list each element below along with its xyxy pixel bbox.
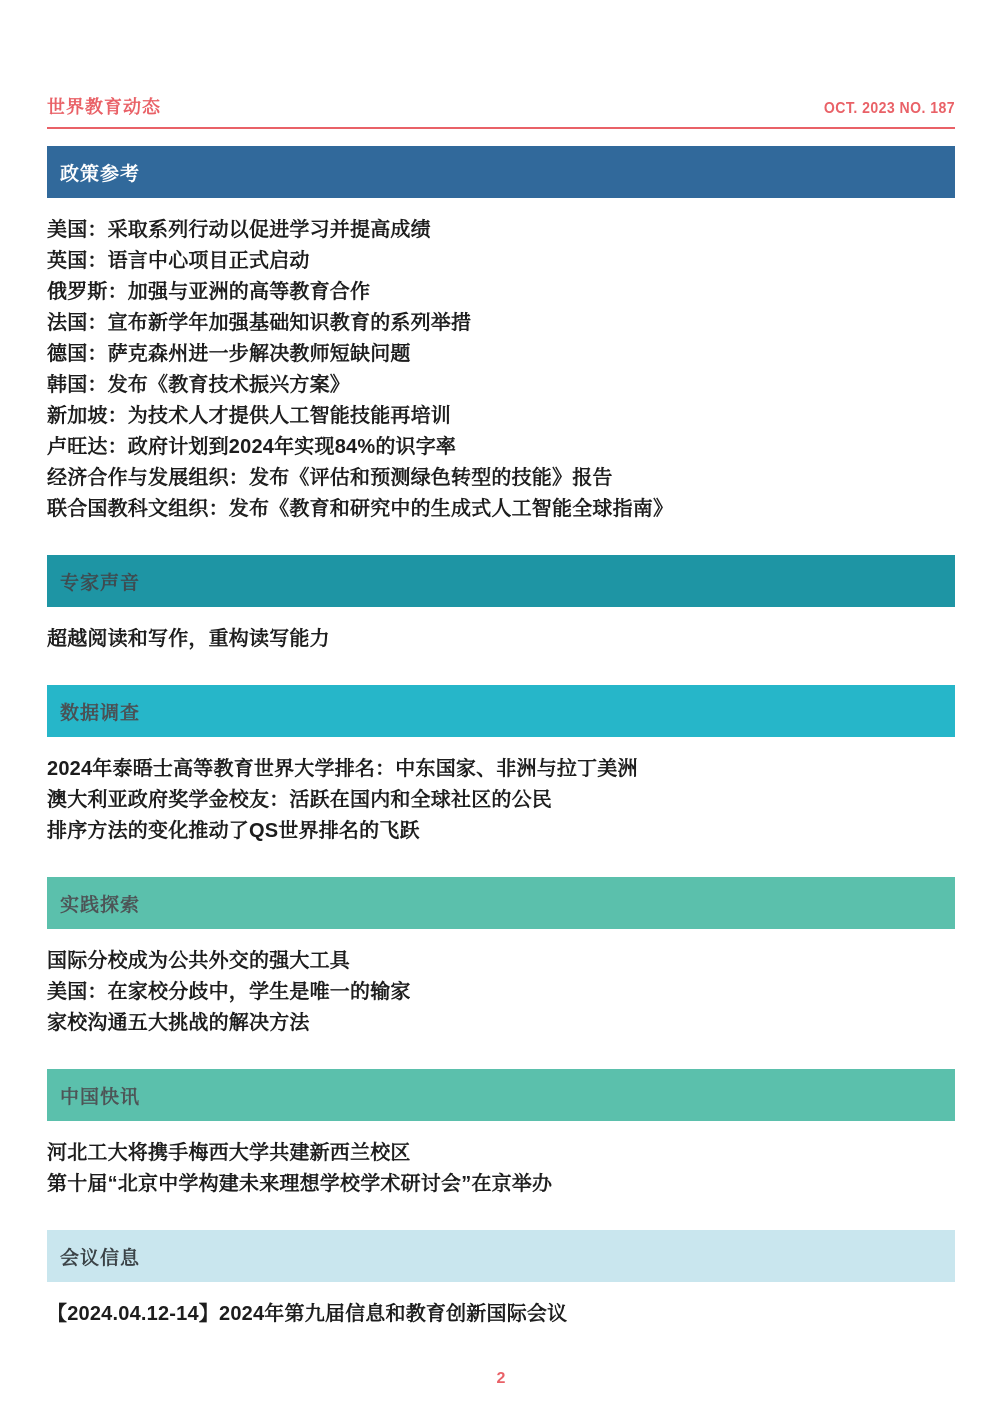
- toc-item: 法国：宣布新学年加强基础知识教育的系列举措: [47, 308, 955, 339]
- toc-item: 卢旺达：政府计划到2024年实现84%的识字率: [47, 432, 955, 463]
- toc-item: 美国：采取系列行动以促进学习并提高成绩: [47, 215, 955, 246]
- toc-item: 2024年泰晤士高等教育世界大学排名：中东国家、非洲与拉丁美洲: [47, 754, 955, 785]
- toc-item: 德国：萨克森州进一步解决教师短缺问题: [47, 339, 955, 370]
- section-banner: 实践探索: [47, 877, 955, 929]
- toc-item: 联合国教科文组织：发布《教育和研究中的生成式人工智能全球指南》: [47, 494, 955, 525]
- toc-item: 经济合作与发展组织：发布《评估和预测绿色转型的技能》报告: [47, 463, 955, 494]
- toc-section: 政策参考 美国：采取系列行动以促进学习并提高成绩英国：语言中心项目正式启动俄罗斯…: [47, 146, 955, 525]
- section-banner: 专家声音: [47, 555, 955, 607]
- section-title: 实践探索: [60, 890, 140, 917]
- toc-item: 俄罗斯：加强与亚洲的高等教育合作: [47, 277, 955, 308]
- header-divider: [47, 127, 955, 129]
- toc-section: 会议信息 【2024.04.12-14】2024年第九届信息和教育创新国际会议: [47, 1230, 955, 1330]
- section-banner: 数据调查: [47, 685, 955, 737]
- section-items: 美国：采取系列行动以促进学习并提高成绩英国：语言中心项目正式启动俄罗斯：加强与亚…: [47, 215, 955, 525]
- toc-item: 新加坡：为技术人才提供人工智能技能再培训: [47, 401, 955, 432]
- section-title: 数据调查: [60, 698, 140, 725]
- section-items: 【2024.04.12-14】2024年第九届信息和教育创新国际会议: [47, 1299, 955, 1330]
- page-header: 世界教育动态 OCT. 2023 NO. 187: [47, 93, 955, 115]
- section-banner: 中国快讯: [47, 1069, 955, 1121]
- toc-item: 【2024.04.12-14】2024年第九届信息和教育创新国际会议: [47, 1299, 955, 1330]
- toc-item: 第十届“北京中学构建未来理想学校学术研讨会”在京举办: [47, 1169, 955, 1200]
- section-items: 2024年泰晤士高等教育世界大学排名：中东国家、非洲与拉丁美洲澳大利亚政府奖学金…: [47, 754, 955, 847]
- toc-item: 英国：语言中心项目正式启动: [47, 246, 955, 277]
- toc-item: 排序方法的变化推动了QS世界排名的飞跃: [47, 816, 955, 847]
- toc-sections: 政策参考 美国：采取系列行动以促进学习并提高成绩英国：语言中心项目正式启动俄罗斯…: [47, 146, 955, 1330]
- toc-item: 国际分校成为公共外交的强大工具: [47, 946, 955, 977]
- page-footer: 2: [47, 1370, 955, 1388]
- section-items: 超越阅读和写作，重构读写能力: [47, 624, 955, 655]
- section-items: 国际分校成为公共外交的强大工具美国：在家校分歧中，学生是唯一的输家家校沟通五大挑…: [47, 946, 955, 1039]
- issue-label: OCT. 2023 NO. 187: [824, 100, 955, 118]
- page: 世界教育动态 OCT. 2023 NO. 187 政策参考 美国：采取系列行动以…: [0, 0, 1002, 1418]
- toc-item: 超越阅读和写作，重构读写能力: [47, 624, 955, 655]
- toc-item: 澳大利亚政府奖学金校友：活跃在国内和全球社区的公民: [47, 785, 955, 816]
- toc-section: 实践探索 国际分校成为公共外交的强大工具美国：在家校分歧中，学生是唯一的输家家校…: [47, 877, 955, 1039]
- toc-item: 韩国：发布《教育技术振兴方案》: [47, 370, 955, 401]
- section-items: 河北工大将携手梅西大学共建新西兰校区第十届“北京中学构建未来理想学校学术研讨会”…: [47, 1138, 955, 1200]
- brand-title: 世界教育动态: [47, 93, 161, 119]
- section-title: 政策参考: [60, 159, 140, 186]
- section-banner: 会议信息: [47, 1230, 955, 1282]
- toc-item: 家校沟通五大挑战的解决方法: [47, 1008, 955, 1039]
- toc-item: 河北工大将携手梅西大学共建新西兰校区: [47, 1138, 955, 1169]
- toc-section: 数据调查 2024年泰晤士高等教育世界大学排名：中东国家、非洲与拉丁美洲澳大利亚…: [47, 685, 955, 847]
- toc-section: 专家声音 超越阅读和写作，重构读写能力: [47, 555, 955, 655]
- section-banner: 政策参考: [47, 146, 955, 198]
- section-title: 会议信息: [60, 1243, 140, 1270]
- toc-item: 美国：在家校分歧中，学生是唯一的输家: [47, 977, 955, 1008]
- toc-section: 中国快讯 河北工大将携手梅西大学共建新西兰校区第十届“北京中学构建未来理想学校学…: [47, 1069, 955, 1200]
- section-title: 专家声音: [60, 568, 140, 595]
- page-number: 2: [497, 1370, 506, 1387]
- section-title: 中国快讯: [60, 1082, 140, 1109]
